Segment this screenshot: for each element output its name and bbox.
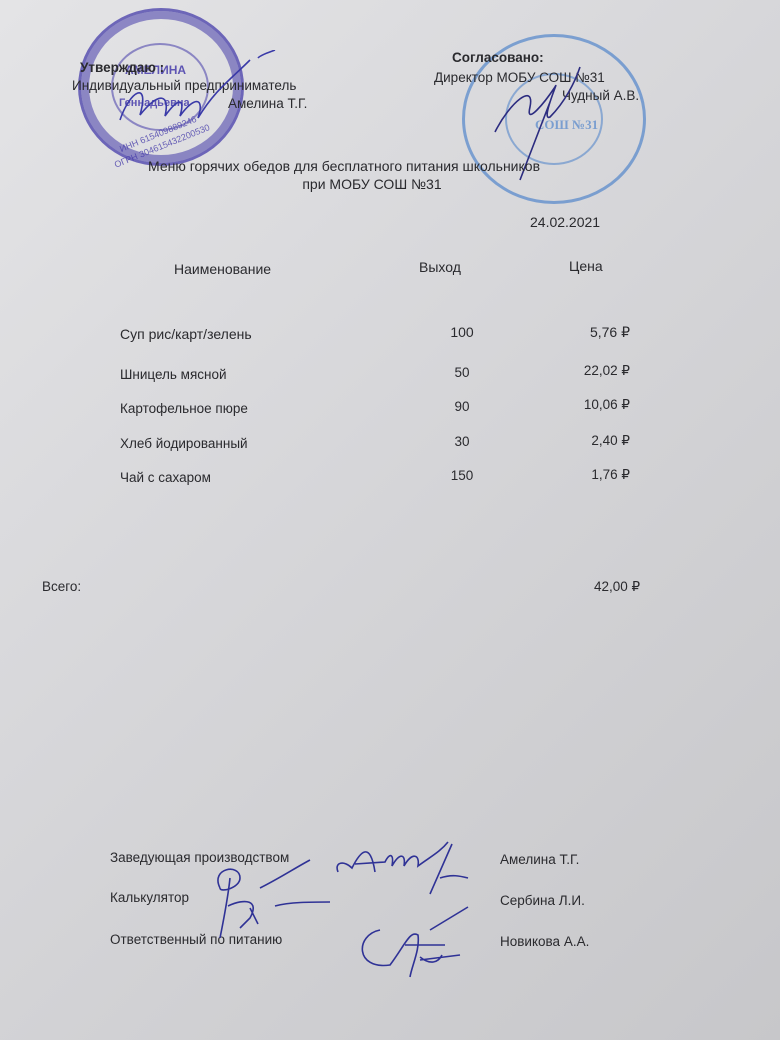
column-header-output: Выход [419,259,461,275]
dish-price: 5,76 ₽ [590,324,630,341]
page-title-line1: Меню горячих обедов для бесплатного пита… [0,158,780,174]
dish-price: 1,76 ₽ [591,467,630,483]
agreed-label: Согласовано: [452,50,544,65]
table-row: Суп рис/карт/зелень 100 5,76 ₽ [0,326,780,346]
approver-name: Амелина Т.Г. [228,96,307,111]
signature-name-head-of-production: Амелина Т.Г. [500,852,579,867]
signature-name-calculator: Сербина Л.И. [500,893,585,908]
head-of-production-signature-icon [330,832,500,902]
dish-name: Картофельное пюре [120,401,248,416]
approve-label: Утверждаю : [80,60,164,75]
document-date: 24.02.2021 [530,214,600,230]
signature-name-nutrition-officer: Новикова А.А. [500,934,589,949]
page-title-line2: при МОБУ СОШ №31 [0,176,780,192]
total-value: 42,00 ₽ [594,579,640,595]
title-line1-text: Меню горячих обедов для бесплатного пита… [148,158,540,174]
nutrition-officer-signature-icon [350,905,480,985]
signature-role-nutrition-officer: Ответственный по питанию [110,932,282,947]
director-position: Директор МОБУ СОШ №31 [434,70,605,85]
dish-price: 2,40 ₽ [591,433,630,449]
column-header-name: Наименование [174,261,271,277]
approver-position: Индивидуальный предприниматель [72,78,296,93]
dish-name: Шницель мясной [120,367,227,382]
dish-output: 90 [442,399,482,414]
dish-output: 150 [442,468,482,483]
title-line2-text: при МОБУ СОШ №31 [302,176,441,192]
dish-price: 22,02 ₽ [584,363,630,379]
dish-output: 100 [442,324,482,340]
signature-role-head-of-production: Заведующая производством [110,850,289,865]
stamp-inn: ИНН 615409889246 [118,114,198,154]
table-row: Чай с сахаром 150 1,76 ₽ [0,470,780,490]
stamp-inner-ring [505,73,603,165]
director-name: Чудный А.В. [562,88,639,103]
table-row: Картофельное пюре 90 10,06 ₽ [0,401,780,421]
dish-price: 10,06 ₽ [584,397,630,413]
dish-name: Хлеб йодированный [120,436,248,451]
dish-output: 50 [442,365,482,380]
dish-output: 30 [442,434,482,449]
stamp-patronymic: Геннадьевна [119,97,190,109]
total-label: Всего: [42,579,81,594]
signature-role-calculator: Калькулятор [110,890,189,905]
table-row: Шницель мясной 50 22,02 ₽ [0,367,780,387]
table-row: Хлеб йодированный 30 2,40 ₽ [0,436,780,456]
dish-name: Суп рис/карт/зелень [120,326,252,342]
column-header-price: Цена [569,258,603,274]
stamp-school-number: СОШ №31 [535,117,598,133]
dish-name: Чай с сахаром [120,470,211,485]
